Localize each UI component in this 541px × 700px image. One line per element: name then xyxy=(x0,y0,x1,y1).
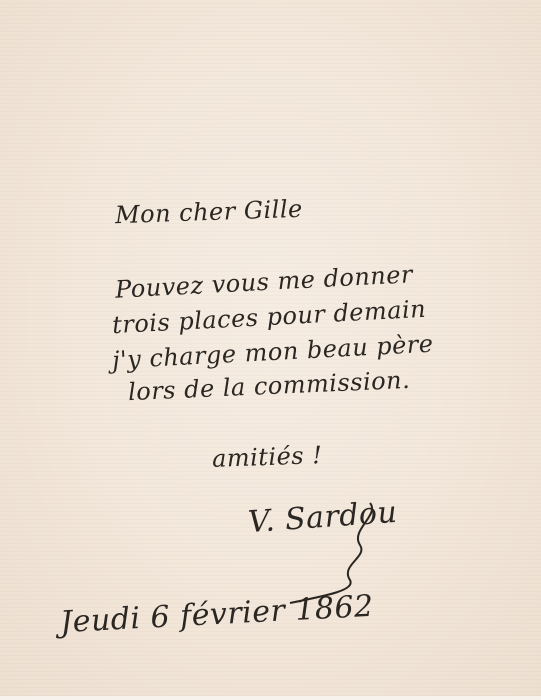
letter-closing: amitiés ! xyxy=(212,441,323,473)
letter-salutation: Mon cher Gille xyxy=(115,195,304,230)
scan-edge xyxy=(0,696,541,700)
letter-body-line: lors de la commission. xyxy=(128,366,411,406)
letter-page: Mon cher Gille Pouvez vous me donner tro… xyxy=(0,0,541,700)
signature-flourish-icon xyxy=(280,495,400,605)
letter-date: Jeudi 6 février 1862 xyxy=(59,589,374,640)
